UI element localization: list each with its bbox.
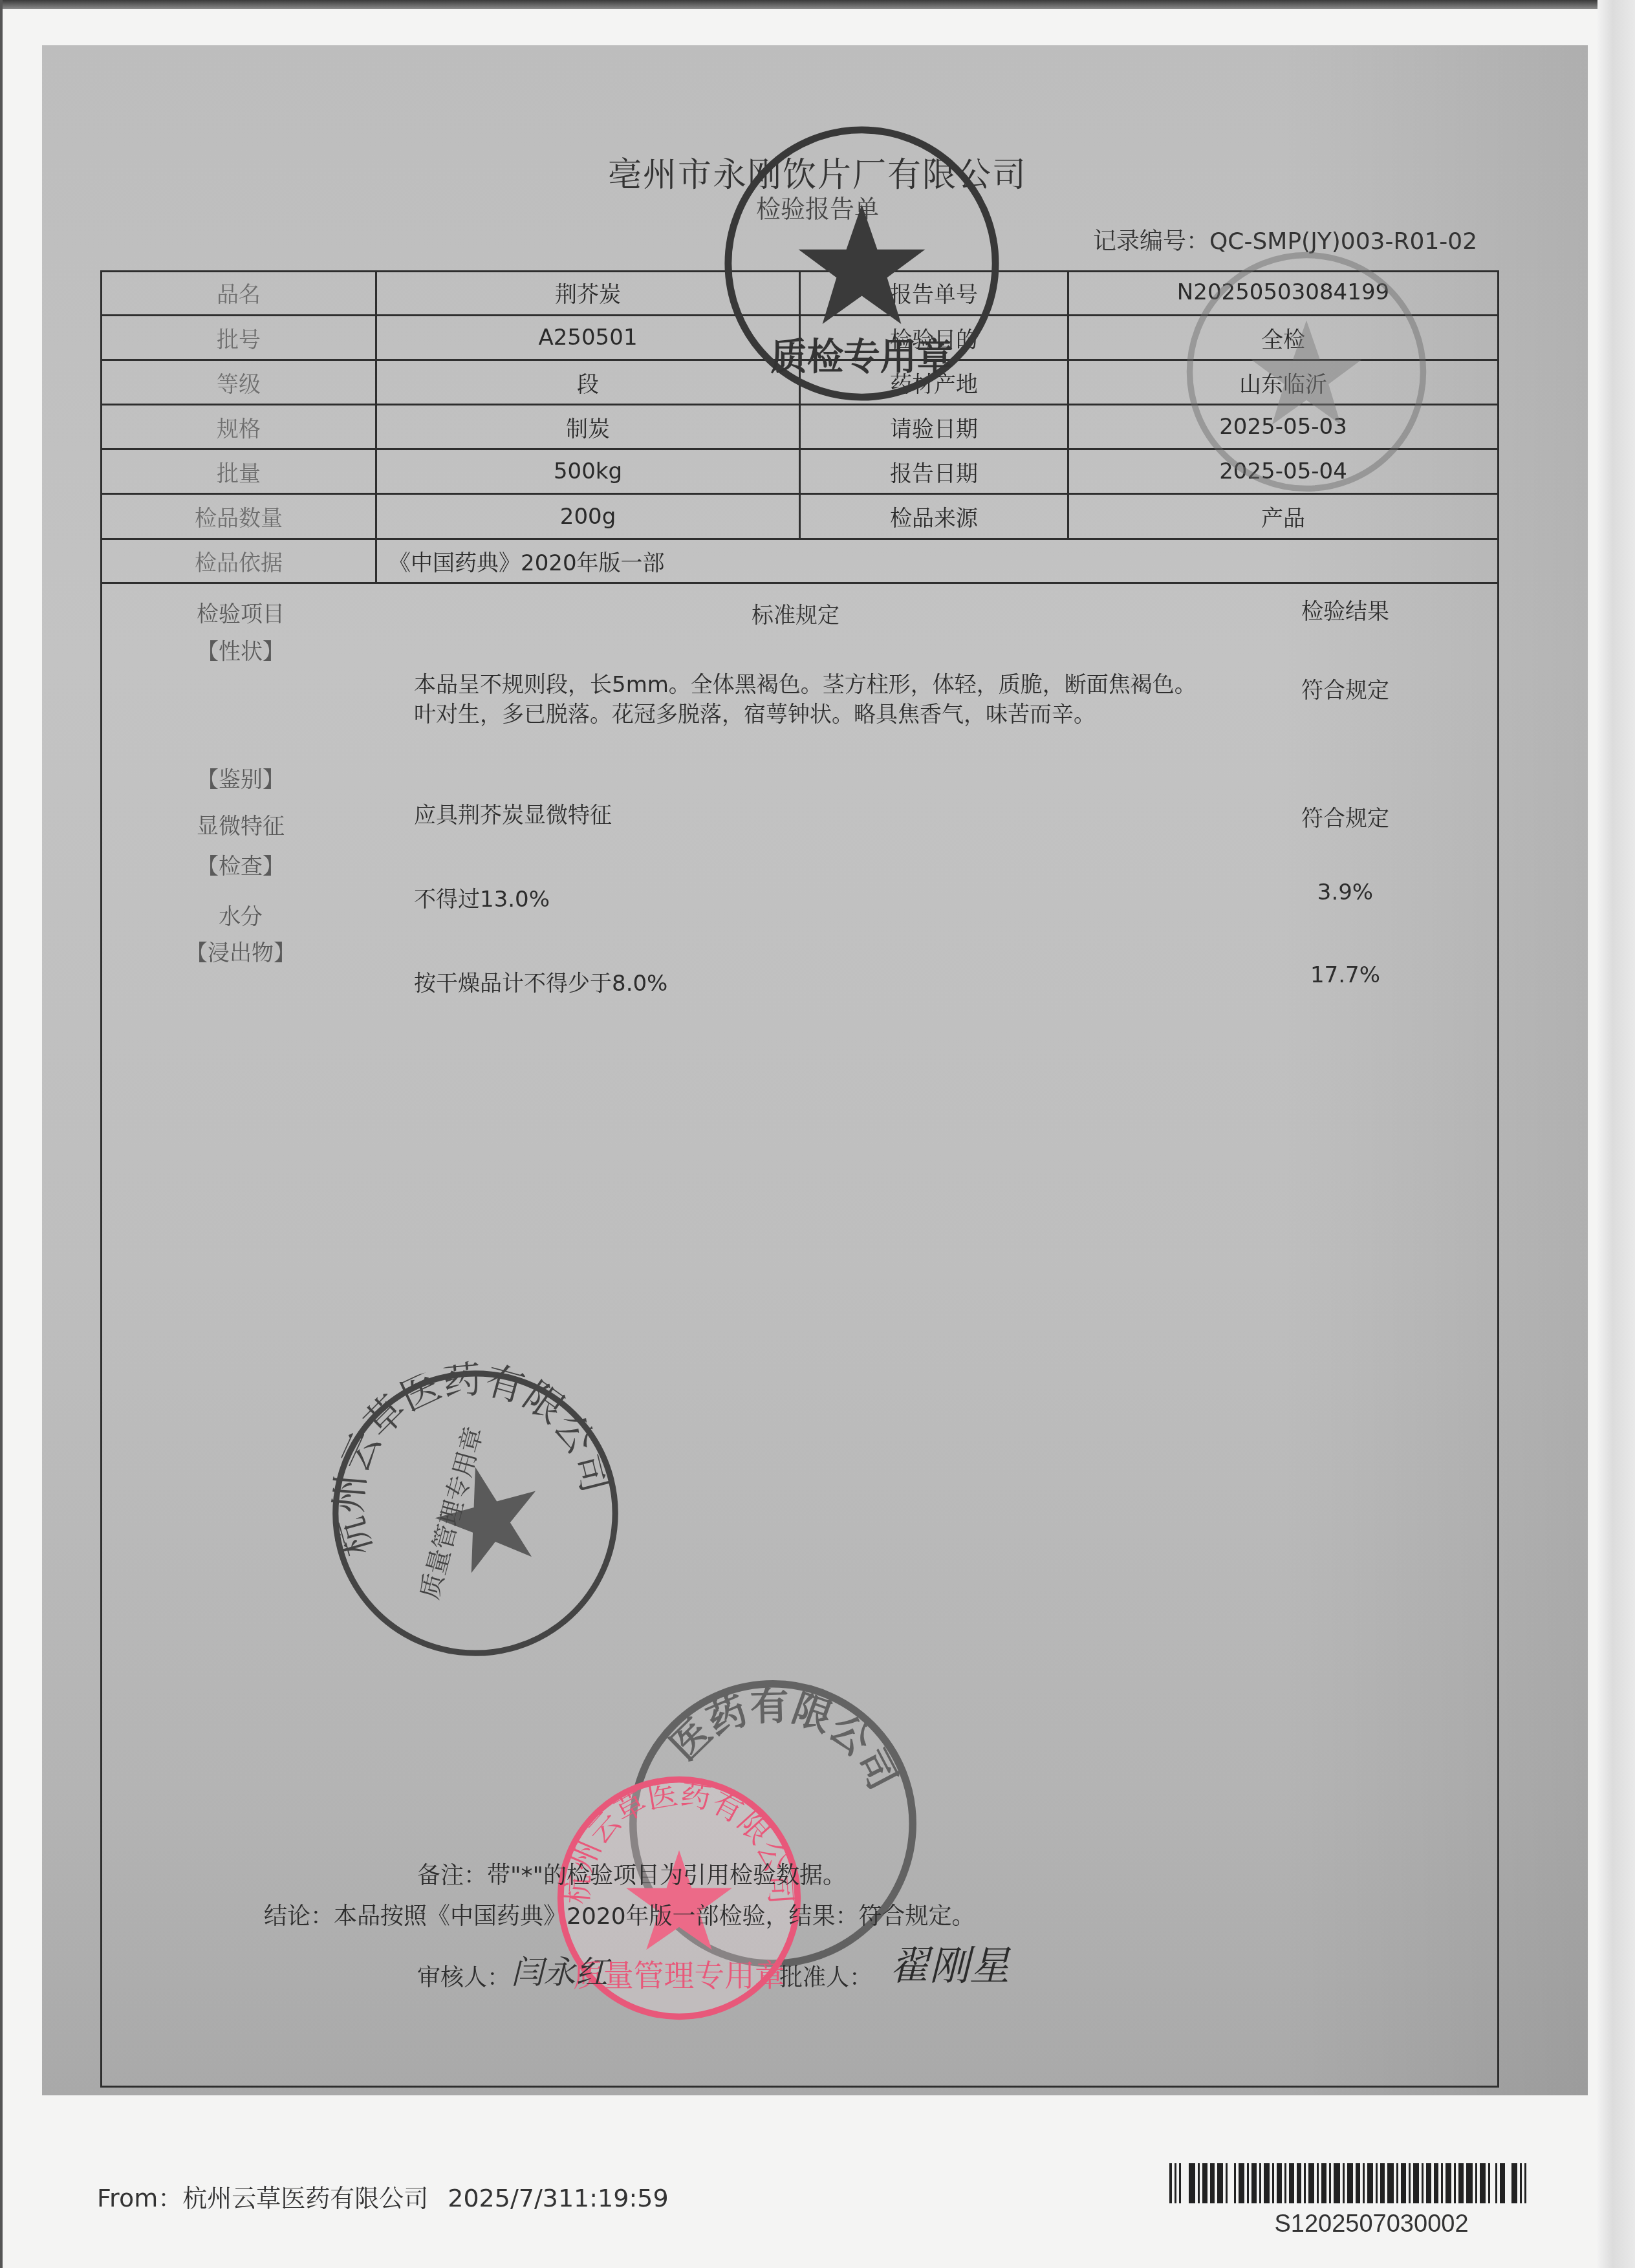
label-report-date: 报告日期 [801,450,1067,493]
col-header-standard: 标准规定 [698,598,893,629]
fax-timestamp: 2025/7/311:19:59 [448,2184,668,2212]
col-header-item: 检验项目 [144,596,338,628]
approver-signature: 翟刚星 [889,1934,1010,1991]
barcode-number: S1202507030002 [1169,2210,1574,2238]
approver-label: 批准人： [779,1960,872,1993]
scan-left-edge [0,0,3,2268]
label-specification: 规格 [102,405,375,448]
scan-right-shadow [1597,0,1635,2268]
fax-from-line: From：杭州云草医药有限公司 2025/7/311:19:59 [97,2178,669,2214]
standard-moisture: 不得过13.0% [414,885,550,914]
barcode [1169,2163,1574,2203]
label-sample-quantity: 检品数量 [102,495,375,538]
remark-text: 备注：带"*"的检验项目为引用检验数据。 [417,1857,846,1890]
scan-top-edge [0,0,1635,9]
value-specification: 制炭 [377,405,799,448]
value-batch-quantity: 500kg [377,450,799,493]
label-grade: 等级 [102,361,375,404]
standard-extract: 按干燥品计不得少于8.0% [414,969,667,999]
stamp-star-icon [1184,249,1429,495]
label-inspection-basis: 检品依据 [102,540,375,582]
fax-from-company: 杭州云草医药有限公司 [182,2184,428,2212]
section-extract: 【浸出物】 [144,935,338,967]
reviewer-label: 审核人： [417,1960,510,1993]
result-moisture: 3.9% [1248,880,1442,905]
label-product-name: 品名 [102,270,375,314]
standard-appearance: 本品呈不规则段，长5mm。全体黑褐色。茎方柱形，体轻，质脆，断面焦褐色。叶对生，… [414,670,1216,729]
label-batch-quantity: 批量 [102,450,375,493]
issuer-qc-stamp: 质检专用章 [721,123,1002,404]
fax-from-label: From： [97,2184,182,2212]
conclusion-text: 结论：本品按照《中国药典》2020年版一部检验，结果：符合规定。 [264,1898,975,1931]
section-identification: 【鉴别】 [144,762,338,794]
stamp-star-icon: 质检专用章 [721,123,1002,404]
section-appearance: 【性状】 [144,634,338,665]
issuer-stamp-faint [1184,249,1429,495]
col-header-result: 检验结果 [1248,594,1442,625]
result-extract: 17.7% [1248,962,1442,988]
item-moisture: 水分 [144,899,338,931]
label-sample-source: 检品来源 [801,495,1067,538]
value-sample-source: 产品 [1069,495,1497,538]
label-request-date: 请验日期 [801,405,1067,448]
label-batch-number: 批号 [102,316,375,359]
value-inspection-basis: 《中国药典》2020年版一部 [377,540,1024,582]
reviewer-signature: 闫永红 [511,1947,608,1993]
value-sample-quantity: 200g [377,495,799,538]
standard-microscopic: 应具荆芥炭显微特征 [414,801,612,830]
result-appearance: 符合规定 [1248,673,1442,704]
section-inspection: 【检查】 [144,848,338,880]
svg-text:质检专用章: 质检专用章 [770,336,953,378]
item-microscopic: 显微特征 [144,808,338,840]
result-microscopic: 符合规定 [1248,801,1442,832]
table-divider [100,582,1499,584]
